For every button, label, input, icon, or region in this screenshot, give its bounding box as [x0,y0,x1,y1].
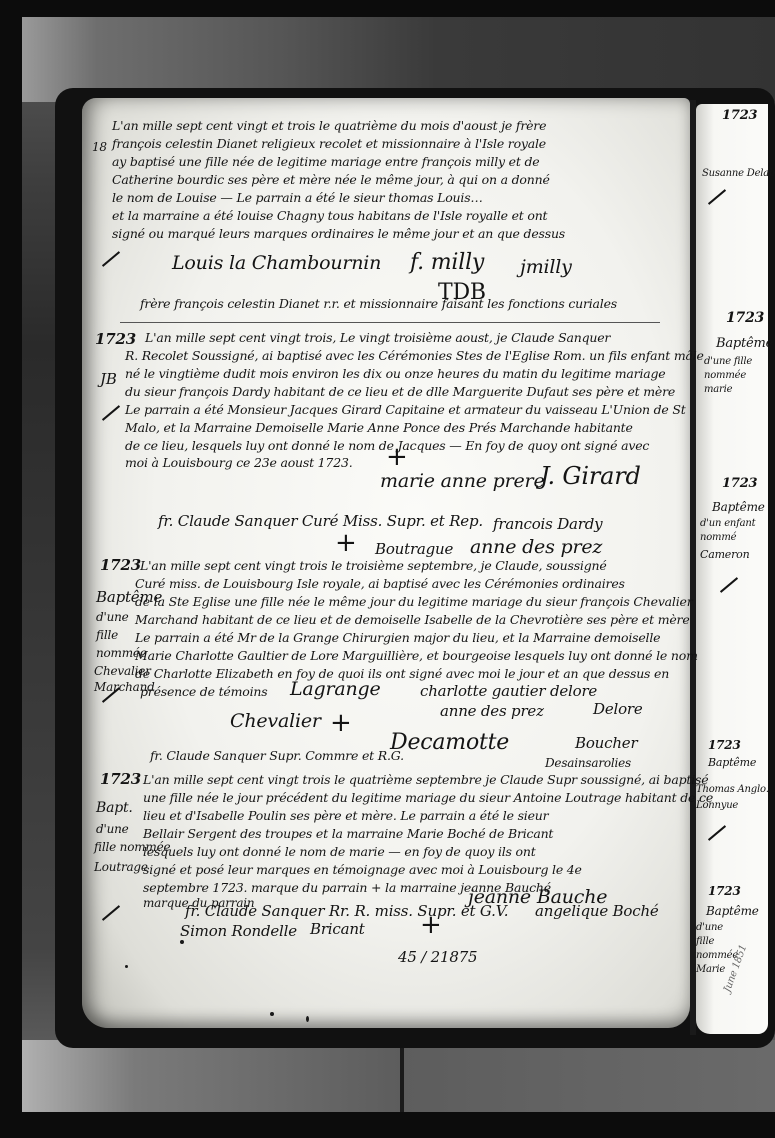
ink-speck [125,965,128,968]
witness-signature: Simon Rondelle [180,922,297,940]
archival-stamp-number: 45 / 21875 [398,948,477,966]
entry-year: 1723 [100,770,141,788]
cross-mark: + [420,910,442,940]
entry-1-line: le nom de Louise — Le parrain a été le s… [112,190,483,205]
witness-signature: Bricant [310,920,365,938]
officiant-signature: fr. Claude Sanquer Rr. R. miss. Supr. et… [185,902,508,920]
signature: Louis la Chambournin [172,252,381,274]
page-number-mark: 18 [92,140,107,154]
margin-note: Susanne Delabo... [702,168,775,179]
officiant-signature: frère françois celestin Dianet r.r. et m… [140,296,617,311]
signature: Boutrague [375,540,453,558]
entry-4-line: Bellair Sergent des troupes et la marrai… [143,826,553,841]
entry-year: 1723 [722,108,757,123]
signature: francois Dardy [493,515,602,533]
margin-note: Baptême [706,904,759,918]
entry-1-line: Catherine bourdic ses père et mère née l… [112,172,550,187]
signature: jmilly [520,256,572,278]
signature: Lagrange [290,678,381,700]
monogram: TDB [438,280,486,305]
signature: Boucher [575,734,637,752]
entry-2-line: du sieur françois Dardy habitant de ce l… [125,384,675,399]
margin-note: Lonnyue [696,800,738,811]
signature: f. milly [410,250,484,275]
entry-3-line: L'an mille sept cent vingt trois le troi… [140,558,607,573]
signature: charlotte gautier delore [420,682,597,700]
entry-3-line: Le parrain a été Mr de la Grange Chirurg… [135,630,660,645]
ink-speck [270,1012,274,1016]
scanner-bed-bottom [22,1040,775,1112]
margin-note: d'une [96,822,129,836]
entry-4-line: lieu et d'Isabelle Poulin ses père et mè… [143,808,548,823]
cross-mark: + [335,528,357,558]
entry-3-line: Marie Charlotte Gaultier de Lore Marguil… [135,648,698,663]
entry-2-line: R. Recolet Soussigné, ai baptisé avec le… [125,348,704,363]
margin-note: d'un enfant [700,518,756,529]
signature: Decamotte [390,730,509,755]
margin-note: fille [696,936,714,947]
entry-1-line: ay baptisé une fille née de legitime mar… [112,154,539,169]
entry-year: 1723 [708,884,741,898]
entry-4-line: lesquels luy ont donné le nom de marie —… [143,844,536,859]
entry-4-line: une fille née le jour précédent du legit… [143,790,713,805]
entry-4-line: signé et posé leur marques en témoignage… [143,862,582,877]
entry-year: 1723 [726,310,764,326]
entry-3-line: Marchand habitant de ce lieu et de demoi… [135,612,690,627]
signature: Desainsarolies [545,756,631,770]
signature: marie anne prere [380,470,545,492]
margin-note: Baptême [708,756,756,769]
entry-3-line: de Charlotte Elizabeth en foy de quoi il… [135,666,669,681]
margin-note: Bapt. [96,800,133,816]
officiant-signature: fr. Claude Sanquer Supr. Commre et R.G. [150,748,404,763]
margin-note: Baptême [712,500,765,514]
entry-1-line: L'an mille sept cent vingt et trois le q… [112,118,546,133]
entry-4-line: L'an mille sept cent vingt trois le quat… [143,772,708,787]
ink-speck [180,940,184,944]
witness-signature: angelique Boché [535,902,659,920]
entry-1-line: françois celestin Dianet religieux recol… [112,136,546,151]
margin-note: d'une [696,922,723,933]
margin-note: nommée [704,370,746,381]
signature: Chevalier [230,710,321,732]
margin-note: Thomas Anglo… [696,784,775,795]
ink-speck [306,1016,309,1022]
signature: J. Girard [540,462,641,490]
entry-3-line: présence de témoins [140,684,267,699]
entry-separator [120,322,660,323]
entry-year: 1723 [95,330,136,348]
signature: anne des prez [440,702,544,720]
officiant-signature: fr. Claude Sanquer Curé Miss. Supr. et R… [158,512,483,530]
margin-note: d'une [96,610,129,624]
entry-3-line: Curé miss. de Louisbourg Isle royale, ai… [135,576,625,591]
margin-note: Baptême [716,336,773,351]
margin-note: JB [100,370,117,388]
signature: Delore [593,700,643,718]
entry-2-line: L'an mille sept cent vingt trois, Le vin… [145,330,610,345]
entry-3-line: de la Ste Eglise une fille née le même j… [135,594,693,609]
entry-1-line: et la marraine a été louise Chagny tous … [112,208,547,223]
entry-2-line: Le parrain a été Monsieur Jacques Girard… [125,402,686,417]
margin-note: Marie [696,964,725,975]
cross-mark: + [330,708,352,738]
entry-year: 1723 [100,556,141,574]
entry-year: 1723 [708,738,741,752]
margin-note: Cameron [700,548,749,561]
signature: anne des prez [470,536,602,558]
margin-note: Loutrage [94,860,148,874]
entry-2-line: né le vingtième dudit mois environ les d… [125,366,666,381]
entry-year: 1723 [722,476,757,491]
margin-note: d'une fille [704,356,752,367]
margin-note: marie [704,384,732,395]
margin-note: fille [96,628,118,642]
entry-1-line: signé ou marqué leurs marques ordinaires… [112,226,565,241]
margin-note: nommée [696,950,738,961]
margin-note: nommé [700,532,736,543]
cross-mark: + [386,442,408,472]
entry-2-line: moi à Louisbourg ce 23e aoust 1723. [125,455,352,470]
bed-divider [400,1045,404,1112]
entry-2-line: Malo, et la Marraine Demoiselle Marie An… [125,420,633,435]
